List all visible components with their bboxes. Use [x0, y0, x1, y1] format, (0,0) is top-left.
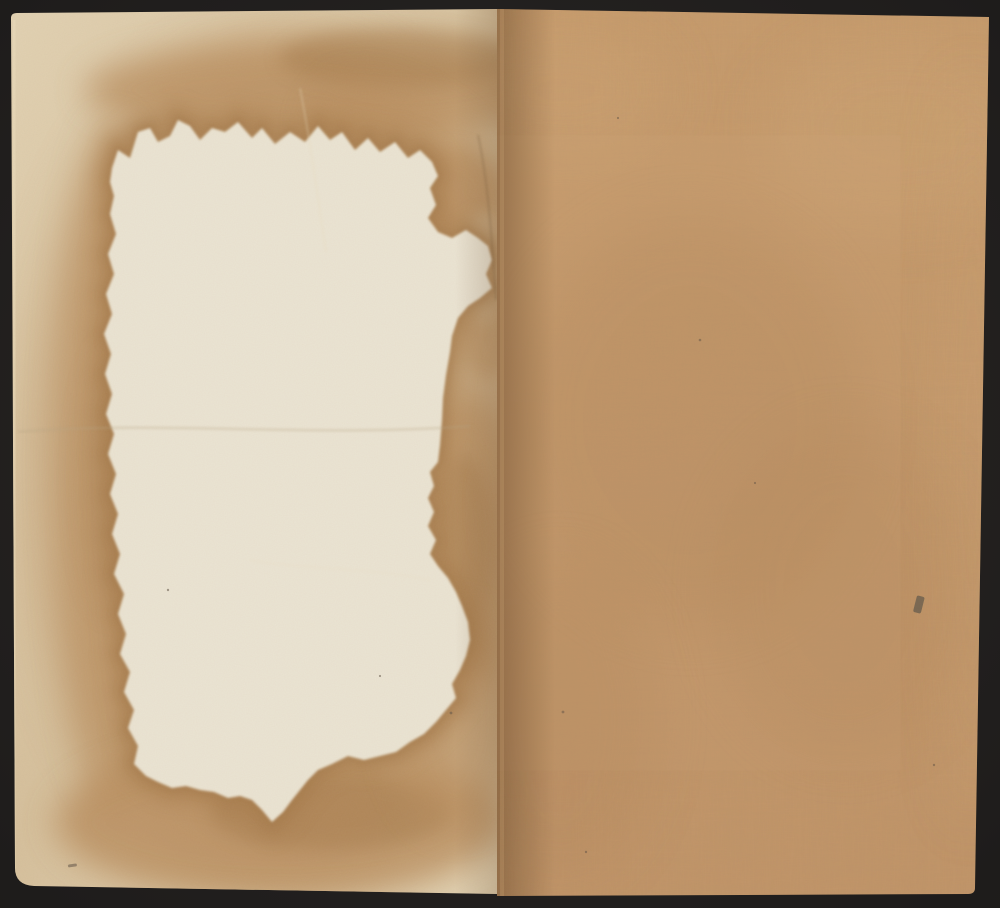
right-page [460, 0, 1000, 908]
left-page [0, 0, 559, 908]
left-page-grain-light [8, 6, 500, 898]
right-page-grain [497, 6, 992, 901]
scan-photo [0, 0, 1000, 908]
